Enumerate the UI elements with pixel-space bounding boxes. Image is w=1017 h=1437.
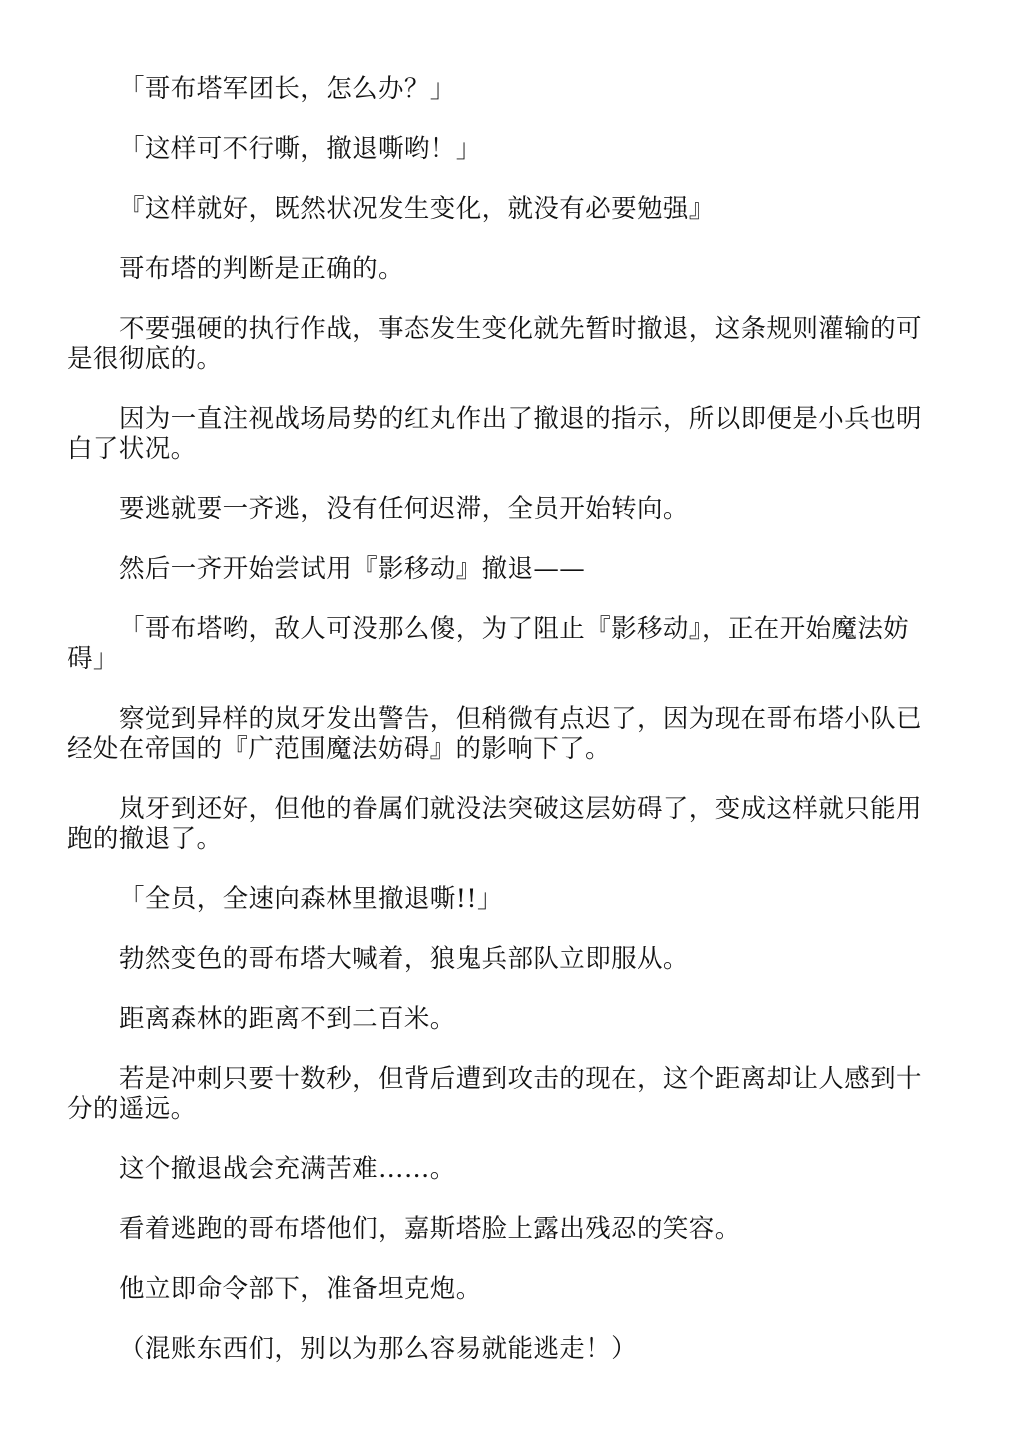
paragraph: 岚牙到还好，但他的眷属们就没法突破这层妨碍了，变成这样就只能用跑的撤退了。 (67, 794, 929, 854)
paragraph: 要逃就要一齐逃，没有任何迟滞，全员开始转向。 (67, 494, 929, 524)
paragraph: 因为一直注视战场局势的红丸作出了撤退的指示，所以即便是小兵也明白了状况。 (67, 404, 929, 464)
paragraph: 不要强硬的执行作战，事态发生变化就先暂时撤退，这条规则灌输的可是很彻底的。 (67, 314, 929, 374)
paragraph: 哥布塔的判断是正确的。 (67, 254, 929, 284)
paragraph: 「哥布塔军团长，怎么办？」 (67, 74, 929, 104)
paragraph: 他立即命令部下，准备坦克炮。 (67, 1274, 929, 1304)
paragraph: 若是冲刺只要十数秒，但背后遭到攻击的现在，这个距离却让人感到十分的遥远。 (67, 1064, 929, 1124)
paragraph: 「这样可不行嘶，撤退嘶哟！」 (67, 134, 929, 164)
paragraph: 距离森林的距离不到二百米。 (67, 1004, 929, 1034)
paragraph: 这个撤退战会充满苦难……。 (67, 1154, 929, 1184)
paragraph: 「全员，全速向森林里撤退嘶!!」 (67, 884, 929, 914)
paragraph: 「哥布塔哟，敌人可没那么傻，为了阻止『影移动』，正在开始魔法妨碍」 (67, 614, 929, 674)
paragraph: 然后一齐开始尝试用『影移动』撤退—— (67, 554, 929, 584)
paragraph: 察觉到异样的岚牙发出警告，但稍微有点迟了，因为现在哥布塔小队已经处在帝国的『广范… (67, 704, 929, 764)
paragraph: （混账东西们，别以为那么容易就能逃走！） (67, 1334, 929, 1364)
document-page: 「哥布塔军团长，怎么办？」 「这样可不行嘶，撤退嘶哟！」 『这样就好，既然状况发… (67, 74, 929, 1394)
paragraph: 『这样就好，既然状况发生变化，就没有必要勉强』 (67, 194, 929, 224)
paragraph: 看着逃跑的哥布塔他们，嘉斯塔脸上露出残忍的笑容。 (67, 1214, 929, 1244)
paragraph: 勃然变色的哥布塔大喊着，狼鬼兵部队立即服从。 (67, 944, 929, 974)
